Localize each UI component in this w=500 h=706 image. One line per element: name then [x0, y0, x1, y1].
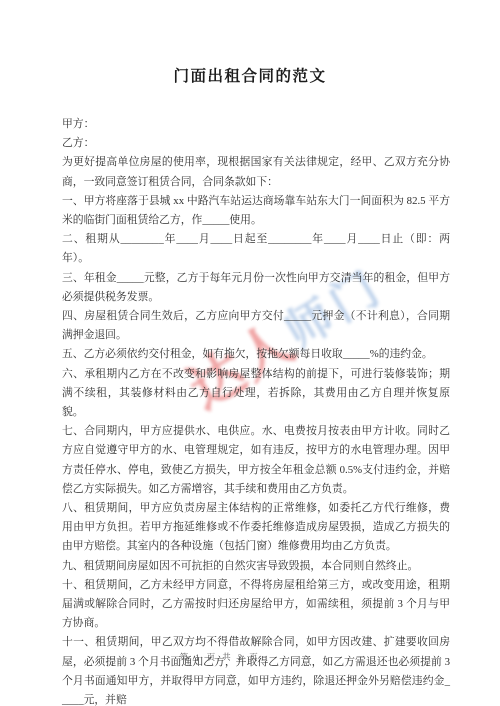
paragraph-party-a: 甲方：	[62, 115, 450, 134]
paragraph-clause-5: 五、乙方必须依约交付租金，如有拖欠，按拖欠额每日收取_____%的违约金。	[62, 345, 450, 364]
paragraph-clause-4: 四、房屋租赁合同生效后，乙方应向甲方交付_____元押金（不计利息），合同期满押…	[62, 307, 450, 345]
paragraph-clause-3: 三、年租金_____元整，乙方于每年元月份一次性向甲方交清当年的租金，但甲方必须…	[62, 269, 450, 307]
page-number: 第 1 页 共 2 页	[0, 651, 440, 663]
paragraph-clause-7: 七、合同期内，甲方应提供水、电供应。水、电费按月按表由甲方计收。同时乙方应自觉遵…	[62, 422, 450, 499]
paragraph-clause-2: 二、租期从________年____月____日起至________年____月…	[62, 230, 450, 268]
paragraph-clause-8: 八、租赁期间，甲方应负责房屋主体结构的正常维修，如委托乙方代行维修，费用由甲方负…	[62, 499, 450, 557]
paragraph-clause-9: 九、租赁期间房屋如因不可抗拒的自然灾害导致毁损，本合同则自然终止。	[62, 557, 450, 576]
contract-page: 门面出租合同的范文 达人师门 甲方： 乙方： 为更好提高单位房屋的使用率，现根据…	[0, 0, 500, 706]
page-title: 门面出租合同的范文	[0, 64, 500, 86]
paragraph-preamble: 为更好提高单位房屋的使用率，现根据国家有关法律规定，经甲、乙双方充分协商，一致同…	[62, 153, 450, 191]
paragraph-clause-10: 十、租赁期间，乙方未经甲方同意，不得将房屋租给第三方，或改变用途，租期届满或解除…	[62, 576, 450, 634]
paragraph-clause-1: 一、甲方将座落于县城 xx 中路汽车站运达商场靠车站东大门一间面积为 82.5 …	[62, 192, 450, 230]
paragraph-clause-6: 六、承租期内乙方在不改变和影响房屋整体结构的前提下，可进行装修装饰；期满不续租，…	[62, 365, 450, 423]
contract-body: 甲方： 乙方： 为更好提高单位房屋的使用率，现根据国家有关法律规定，经甲、乙双方…	[62, 115, 450, 706]
paragraph-clause-11: 十一、租赁期间，甲乙双方均不得借故解除合同，如甲方因改建、扩建要收回房屋，必须提…	[62, 633, 450, 706]
paragraph-party-b: 乙方：	[62, 134, 450, 153]
